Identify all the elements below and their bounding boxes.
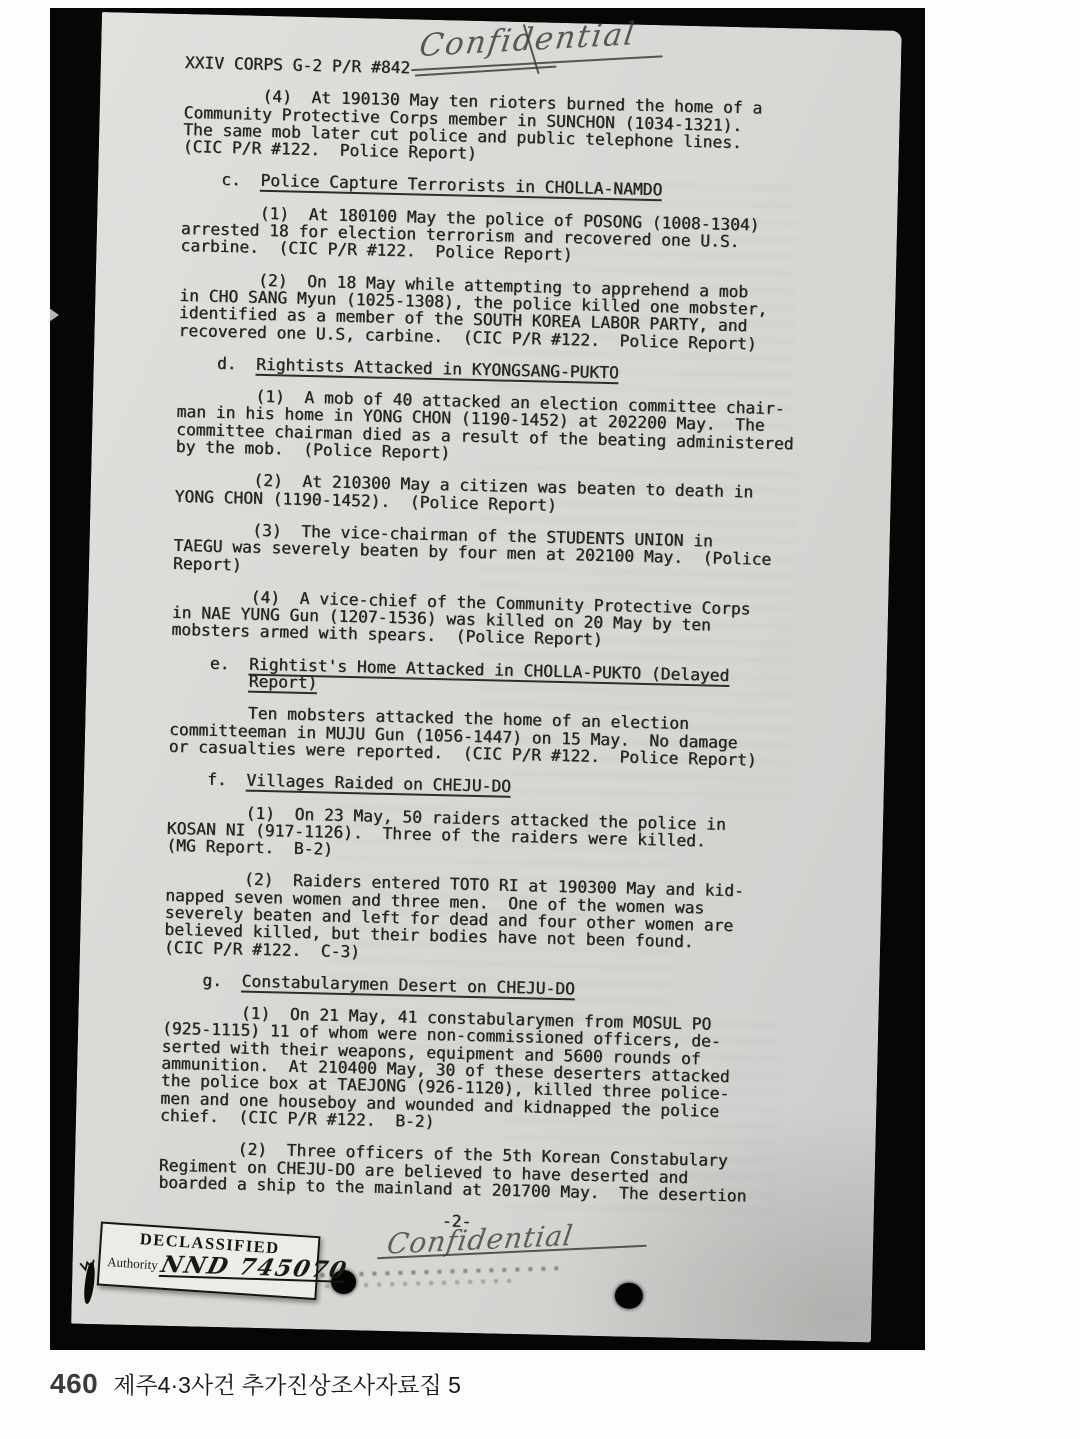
document-paper: XXIV CORPS G-2 P/R #842 (4) At 190130 Ma…: [71, 12, 902, 1342]
paragraph: (2) Three officers of the 5th Korean Con…: [158, 1139, 859, 1207]
scanned-document-image: XXIV CORPS G-2 P/R #842 (4) At 190130 Ma…: [50, 8, 925, 1350]
paragraph: (1) On 21 May, 41 constabularymen from M…: [160, 1003, 863, 1141]
paragraph: (2) On 18 May while attempting to appreh…: [178, 270, 879, 356]
section-heading: g. Constabularymen Desert on CHEJU-DO: [163, 971, 863, 1005]
footer-page-number: 460: [50, 1368, 98, 1400]
document-text: XXIV CORPS G-2 P/R #842 (4) At 190130 Ma…: [157, 54, 884, 1240]
paragraph: (2) At 210300 May a citizen was beaten t…: [174, 470, 875, 521]
section-heading: c. Police Capture Terrorists in CHOLLA-N…: [182, 170, 882, 204]
section-heading: e. Rightist's Home Attacked in CHOLLA-PU…: [170, 654, 871, 705]
punch-hole: [615, 1282, 644, 1309]
paragraph: (1) At 180100 May the police of POSONG (…: [180, 203, 881, 271]
scanner-edge-mark: [50, 306, 59, 324]
paragraph: (1) A mob of 40 attacked an election com…: [176, 386, 877, 472]
section-heading: f. Villages Raided on CHEJU-DO: [168, 770, 868, 804]
stamp-authority-label: Authority: [107, 1254, 159, 1273]
paragraph: Ten mobsters attacked the home of an ele…: [169, 703, 870, 771]
section-heading: d. Rightists Attacked in KYONGSANG-PUKTO: [178, 354, 878, 388]
paragraph: (2) Raiders entered TOTO RI at 190300 Ma…: [164, 869, 866, 972]
paragraph: (4) At 190130 May ten rioters burned the…: [183, 86, 884, 172]
declassified-stamp: DECLASSIFIED Authority NND 745070: [97, 1222, 321, 1301]
paragraph: (3) The vice-chairman of the STUDENTS UN…: [173, 520, 874, 588]
stamp-authority-value: NND 745070: [158, 1255, 349, 1283]
footer-caption: 제주4·3사건 추가진상조사자료집 5: [113, 1367, 461, 1400]
paragraph: (4) A vice-chief of the Community Protec…: [171, 587, 872, 655]
paragraph: (1) On 23 May, 50 raiders attacked the p…: [166, 802, 867, 870]
book-footer: 460 제주4·3사건 추가진상조사자료집 5: [50, 1367, 461, 1400]
